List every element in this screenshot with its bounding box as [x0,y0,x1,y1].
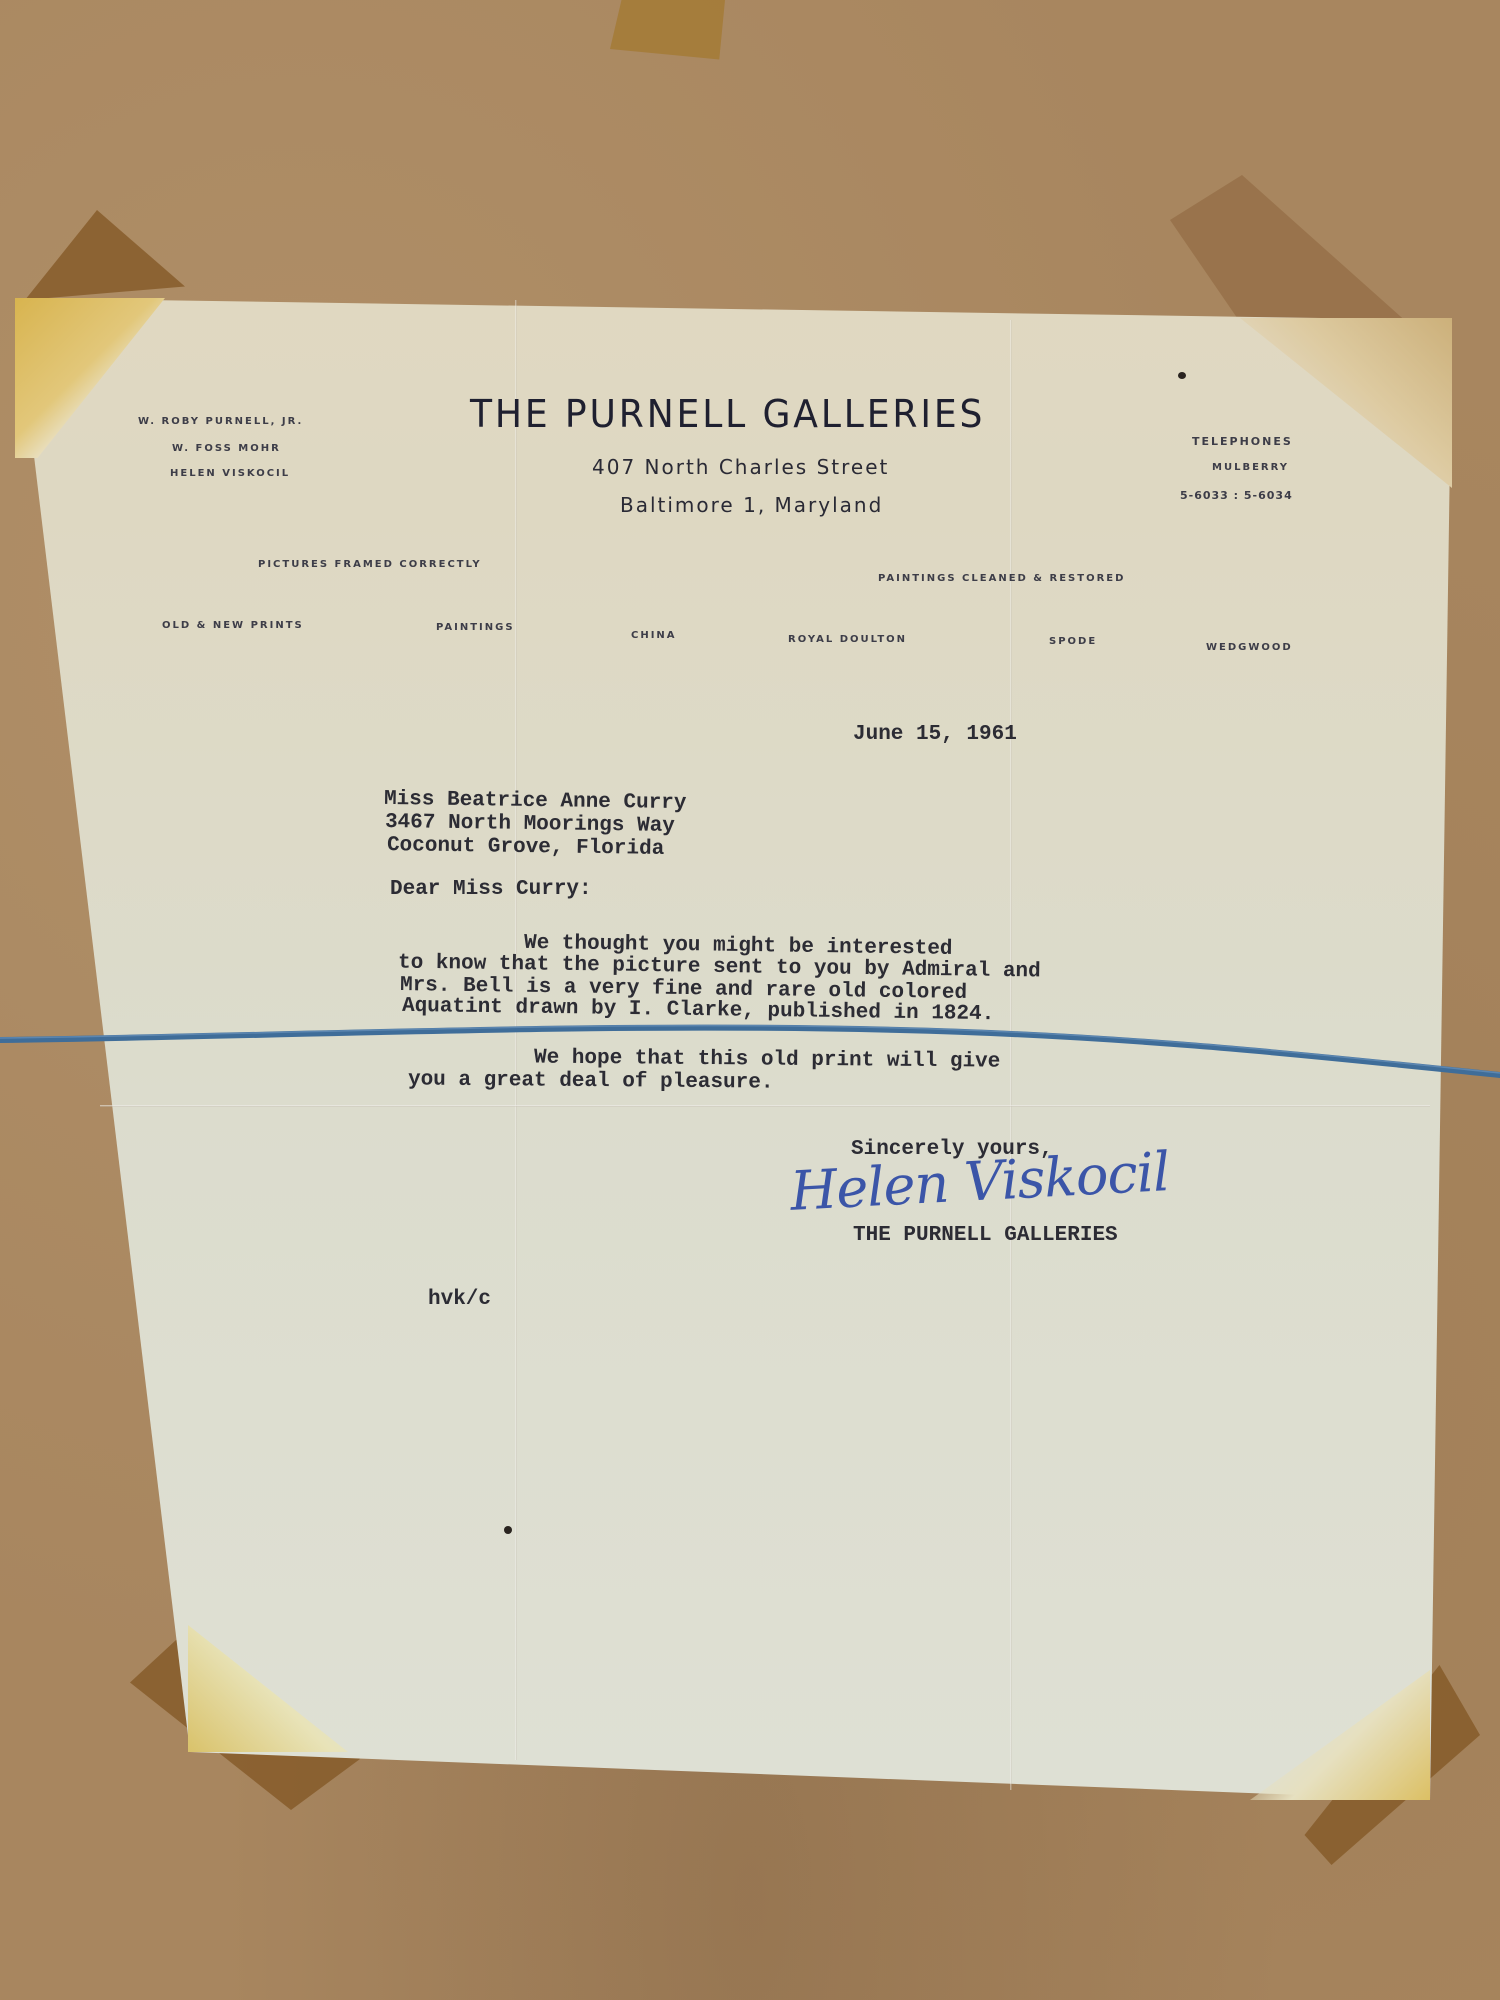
tape-top-left [25,210,185,300]
tape-stain-top [610,0,725,70]
tape-top-right [1170,175,1410,325]
